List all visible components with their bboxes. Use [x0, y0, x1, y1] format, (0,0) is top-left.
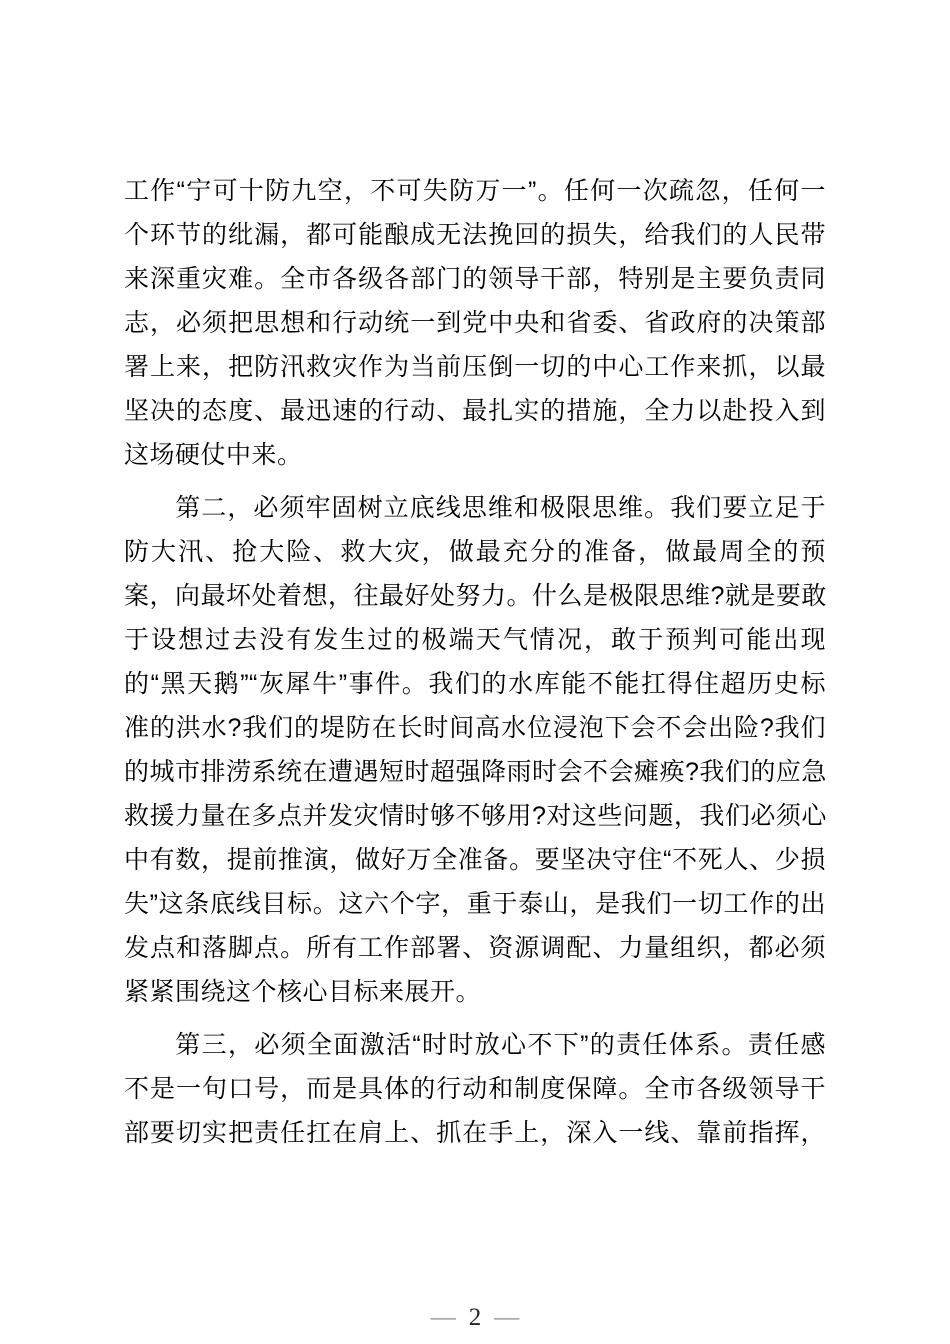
- paragraph: 第三，必须全面激活“时时放心不下”的责任体系。责任感不是一句口号，而是具体的行动…: [124, 1023, 826, 1155]
- text-line: 的城市排涝系统在遭遇短时超强降雨时会不会瘫痪?我们的应急: [124, 750, 826, 794]
- paragraph: 第二，必须牢固树立底线思维和极限思维。我们要立足于防大汛、抢大险、救大灾，做最充…: [124, 486, 826, 1014]
- text-line: 工作“宁可十防九空，不可失防万一”。任何一次疏忽，任何一: [124, 169, 826, 213]
- text-line: 来深重灾难。全市各级各部门的领导干部，特别是主要负责同: [124, 257, 826, 301]
- text-line: 部要切实把责任扛在肩上、抓在手上，深入一线、靠前指挥，: [124, 1111, 826, 1155]
- text-line: 志，必须把思想和行动统一到党中央和省委、省政府的决策部: [124, 301, 826, 345]
- text-line: 第二，必须牢固树立底线思维和极限思维。我们要立足于: [124, 486, 826, 530]
- text-line: 准的洪水?我们的堤防在长时间高水位浸泡下会不会出险?我们: [124, 706, 826, 750]
- text-line: 坚决的态度、最迅速的行动、最扎实的措施，全力以赴投入到: [124, 389, 826, 433]
- text-line: 于设想过去没有发生过的极端天气情况，敢于预判可能出现: [124, 618, 826, 662]
- text-line: 发点和落脚点。所有工作部署、资源调配、力量组织，都必须: [124, 926, 826, 970]
- footer-dash-left: —: [431, 1303, 456, 1333]
- footer-dash-right: —: [494, 1303, 519, 1333]
- paragraph: 工作“宁可十防九空，不可失防万一”。任何一次疏忽，任何一个环节的纰漏，都可能酿成…: [124, 169, 826, 477]
- text-line: 署上来，把防汛救灾作为当前压倒一切的中心工作来抓，以最: [124, 345, 826, 389]
- text-line: 第三，必须全面激活“时时放心不下”的责任体系。责任感: [124, 1023, 826, 1067]
- text-line: 紧紧围绕这个核心目标来展开。: [124, 970, 826, 1014]
- text-line: 防大汛、抢大险、救大灾，做最充分的准备，做最周全的预: [124, 530, 826, 574]
- text-line: 个环节的纰漏，都可能酿成无法挽回的损失，给我们的人民带: [124, 213, 826, 257]
- text-line: 失”这条底线目标。这六个字，重于泰山，是我们一切工作的出: [124, 882, 826, 926]
- text-line: 的“黑天鹅”“灰犀牛”事件。我们的水库能不能扛得住超历史标: [124, 662, 826, 706]
- document-page: 工作“宁可十防九空，不可失防万一”。任何一次疏忽，任何一个环节的纰漏，都可能酿成…: [0, 0, 950, 1344]
- text-line: 案，向最坏处着想，往最好处努力。什么是极限思维?就是要敢: [124, 574, 826, 618]
- page-footer: — 2 —: [0, 1303, 950, 1333]
- document-body: 工作“宁可十防九空，不可失防万一”。任何一次疏忽，任何一个环节的纰漏，都可能酿成…: [124, 169, 826, 1155]
- page-number: 2: [469, 1303, 482, 1333]
- text-line: 不是一句口号，而是具体的行动和制度保障。全市各级领导干: [124, 1067, 826, 1111]
- text-line: 这场硬仗中来。: [124, 433, 826, 477]
- text-line: 救援力量在多点并发灾情时够不够用?对这些问题，我们必须心: [124, 794, 826, 838]
- text-line: 中有数，提前推演，做好万全准备。要坚决守住“不死人、少损: [124, 838, 826, 882]
